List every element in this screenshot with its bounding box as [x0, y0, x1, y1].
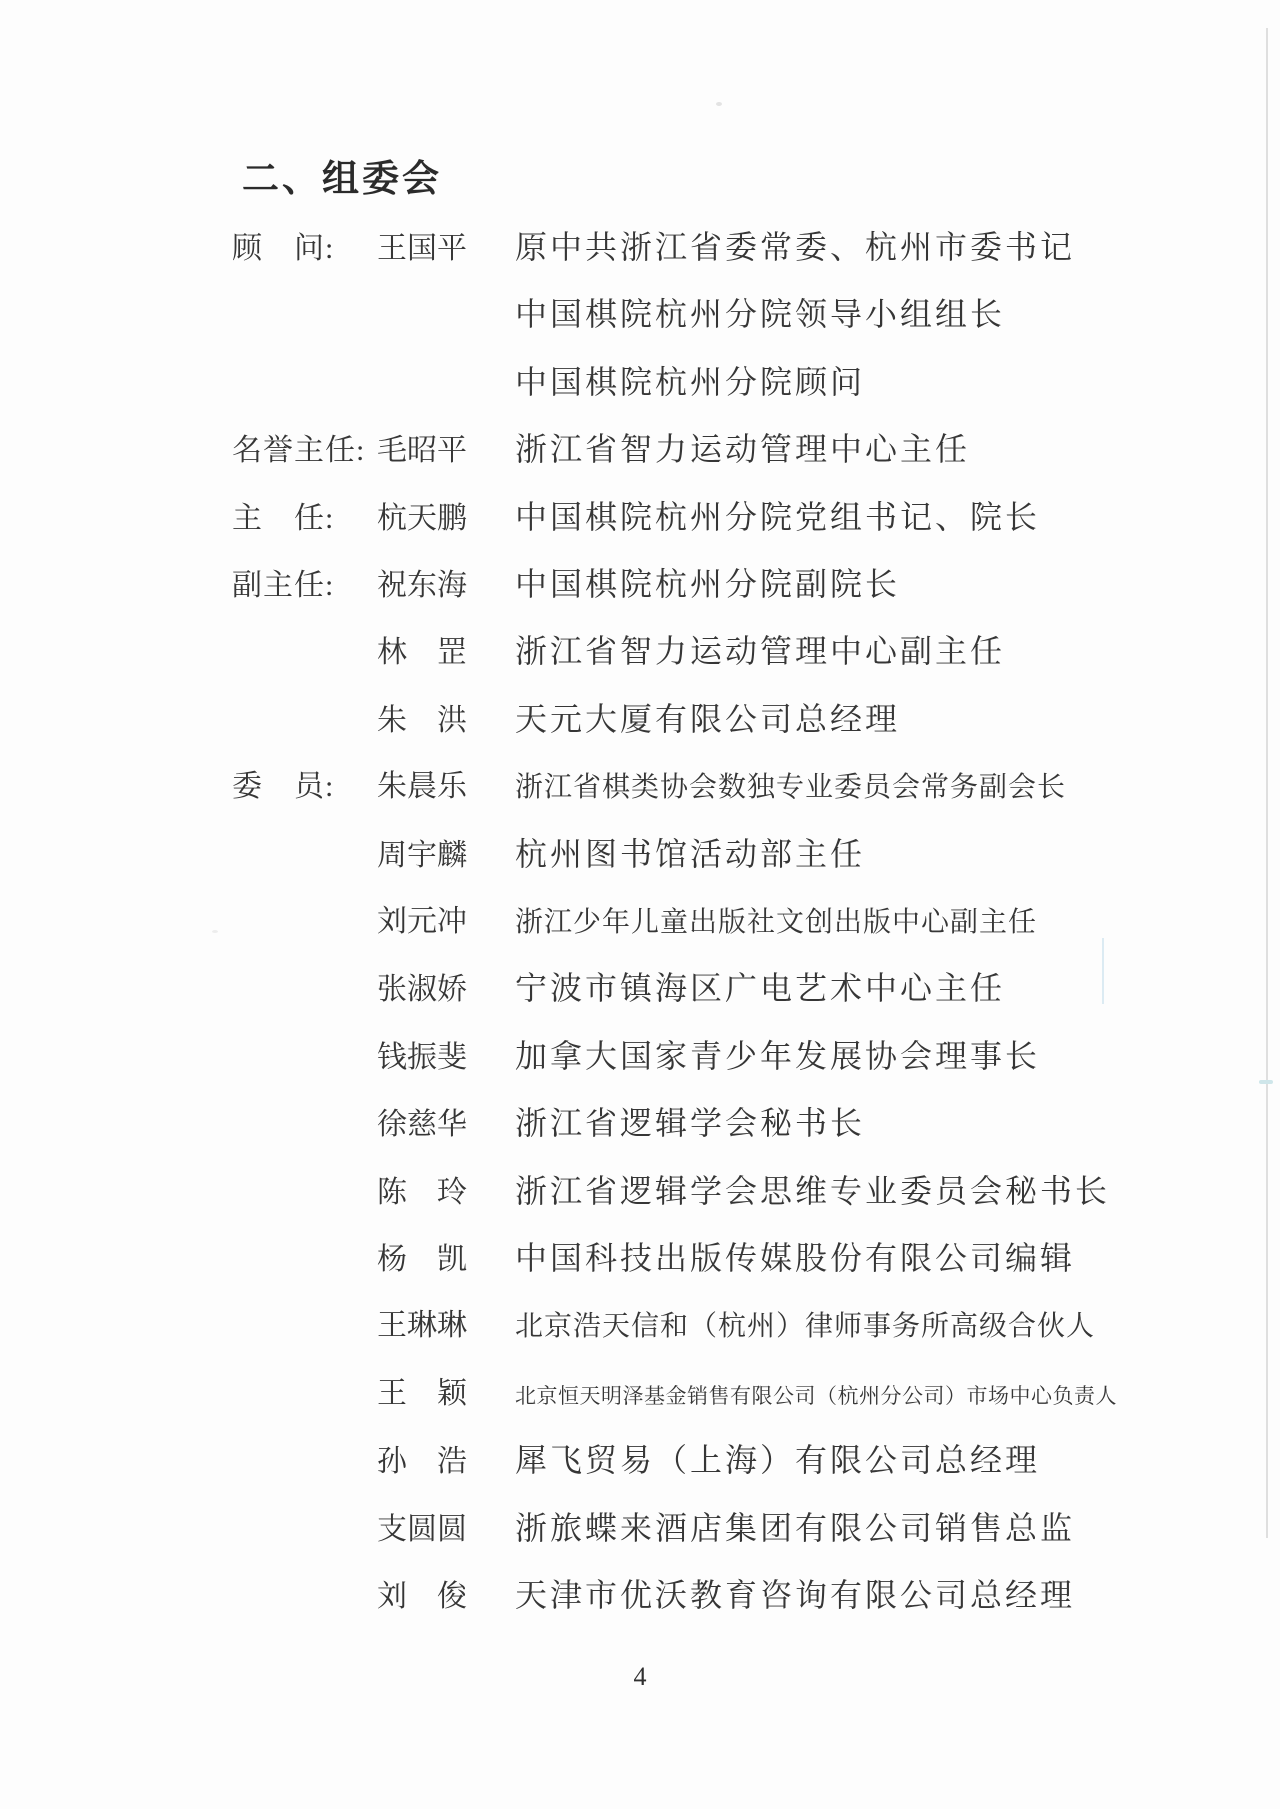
- scan-mark-artifact: [1259, 1080, 1273, 1084]
- member-title: 天元大厦有限公司总经理: [515, 694, 900, 740]
- member-name: 毛昭平: [377, 425, 515, 469]
- member-name: 周宇麟: [377, 830, 515, 874]
- committee-row-member: 刘 俊 天津市优沃教育咨询有限公司总经理: [232, 1570, 1232, 1616]
- committee-row-member: 王琳琳 北京浩天信和（杭州）律师事务所高级合伙人: [232, 1300, 1232, 1344]
- scan-line-artifact: [1266, 28, 1268, 1538]
- member-title: 宁波市镇海区广电艺术中心主任: [515, 963, 1005, 1009]
- committee-row-member: 张淑娇 宁波市镇海区广电艺术中心主任: [232, 963, 1232, 1009]
- member-title: 杭州图书馆活动部主任: [515, 829, 865, 875]
- member-name: 朱 洪: [377, 695, 515, 739]
- member-name: 杭天鹏: [377, 493, 515, 537]
- committee-row-director: 主 任: 杭天鹏 中国棋院杭州分院党组书记、院长: [232, 492, 1232, 538]
- committee-row-member: 徐慈华 浙江省逻辑学会秘书长: [232, 1098, 1232, 1144]
- role-label: 顾 问:: [232, 223, 377, 267]
- role-label: 副主任:: [232, 560, 377, 604]
- document-page: 二、组委会 顾 问: 王国平 原中共浙江省委常委、杭州市委书记 中国棋院杭州分院…: [0, 0, 1280, 1809]
- committee-row-member: 周宇麟 杭州图书馆活动部主任: [232, 829, 1232, 875]
- committee-row-member: 孙 浩 犀飞贸易（上海）有限公司总经理: [232, 1435, 1232, 1481]
- member-name: 刘元冲: [377, 896, 515, 940]
- committee-row-deputy-director-cont: 林 罡 浙江省智力运动管理中心副主任: [232, 626, 1232, 672]
- member-title: 浙江省智力运动管理中心副主任: [515, 626, 1005, 672]
- committee-row-member: 王 颖 北京恒天明泽基金销售有限公司（杭州分公司）市场中心负责人: [232, 1368, 1232, 1412]
- member-title: 浙江省棋类协会数独专业委员会常务副会长: [515, 765, 1066, 805]
- member-name: 王琳琳: [377, 1300, 515, 1344]
- member-title: 中国棋院杭州分院顾问: [515, 357, 865, 403]
- committee-row-member: 杨 凯 中国科技出版传媒股份有限公司编辑: [232, 1233, 1232, 1279]
- section-heading: 二、组委会: [242, 148, 442, 202]
- member-title: 浙江省智力运动管理中心主任: [515, 424, 970, 470]
- member-title: 中国棋院杭州分院领导小组组长: [515, 289, 1005, 335]
- committee-row-member: 支圆圆 浙旅蝶来酒店集团有限公司销售总监: [232, 1503, 1232, 1549]
- member-title: 原中共浙江省委常委、杭州市委书记: [515, 222, 1075, 268]
- member-title: 北京恒天明泽基金销售有限公司（杭州分公司）市场中心负责人: [515, 1380, 1117, 1410]
- member-title: 浙旅蝶来酒店集团有限公司销售总监: [515, 1503, 1075, 1549]
- committee-row-member: 委 员: 朱晨乐 浙江省棋类协会数独专业委员会常务副会长: [232, 761, 1232, 805]
- member-title: 天津市优沃教育咨询有限公司总经理: [515, 1570, 1075, 1616]
- member-name: 祝东海: [377, 560, 515, 604]
- committee-row-deputy-director-cont: 朱 洪 天元大厦有限公司总经理: [232, 694, 1232, 740]
- role-label: 委 员:: [232, 761, 377, 805]
- page-number: 4: [0, 1662, 1280, 1692]
- member-title: 犀飞贸易（上海）有限公司总经理: [515, 1435, 1040, 1481]
- role-label: 名誉主任:: [232, 425, 377, 469]
- committee-row-member: 陈 玲 浙江省逻辑学会思维专业委员会秘书长: [232, 1166, 1232, 1212]
- member-title: 中国科技出版传媒股份有限公司编辑: [515, 1233, 1075, 1279]
- member-name: 王 颖: [377, 1368, 515, 1412]
- scan-speck-artifact: [716, 102, 722, 106]
- member-name: 支圆圆: [377, 1504, 515, 1548]
- member-title: 中国棋院杭州分院党组书记、院长: [515, 492, 1040, 538]
- committee-row-member: 钱振斐 加拿大国家青少年发展协会理事长: [232, 1031, 1232, 1077]
- committee-row-advisor-cont: 中国棋院杭州分院顾问: [232, 357, 1232, 403]
- member-title: 浙江少年儿童出版社文创出版中心副主任: [515, 900, 1037, 940]
- member-title: 浙江省逻辑学会秘书长: [515, 1098, 865, 1144]
- member-name: 孙 浩: [377, 1436, 515, 1480]
- committee-row-member: 刘元冲 浙江少年儿童出版社文创出版中心副主任: [232, 896, 1232, 940]
- member-title: 北京浩天信和（杭州）律师事务所高级合伙人: [515, 1304, 1095, 1344]
- member-title: 浙江省逻辑学会思维专业委员会秘书长: [515, 1166, 1110, 1212]
- member-name: 陈 玲: [377, 1167, 515, 1211]
- member-name: 王国平: [377, 223, 515, 267]
- member-name: 杨 凯: [377, 1234, 515, 1278]
- scan-mark-artifact: [1102, 938, 1104, 1004]
- member-name: 徐慈华: [377, 1099, 515, 1143]
- committee-row-honorary-director: 名誉主任: 毛昭平 浙江省智力运动管理中心主任: [232, 424, 1232, 470]
- role-label: 主 任:: [232, 493, 377, 537]
- committee-row-advisor-cont: 中国棋院杭州分院领导小组组长: [232, 289, 1232, 335]
- member-name: 朱晨乐: [377, 761, 515, 805]
- committee-row-deputy-director: 副主任: 祝东海 中国棋院杭州分院副院长: [232, 559, 1232, 605]
- committee-row-advisor: 顾 问: 王国平 原中共浙江省委常委、杭州市委书记: [232, 222, 1232, 268]
- member-name: 林 罡: [377, 627, 515, 671]
- member-name: 张淑娇: [377, 964, 515, 1008]
- scan-speck-artifact: [903, 318, 908, 322]
- member-title: 加拿大国家青少年发展协会理事长: [515, 1031, 1040, 1077]
- member-title: 中国棋院杭州分院副院长: [515, 559, 900, 605]
- member-name: 刘 俊: [377, 1571, 515, 1615]
- member-name: 钱振斐: [377, 1032, 515, 1076]
- scan-speck-artifact: [212, 930, 218, 933]
